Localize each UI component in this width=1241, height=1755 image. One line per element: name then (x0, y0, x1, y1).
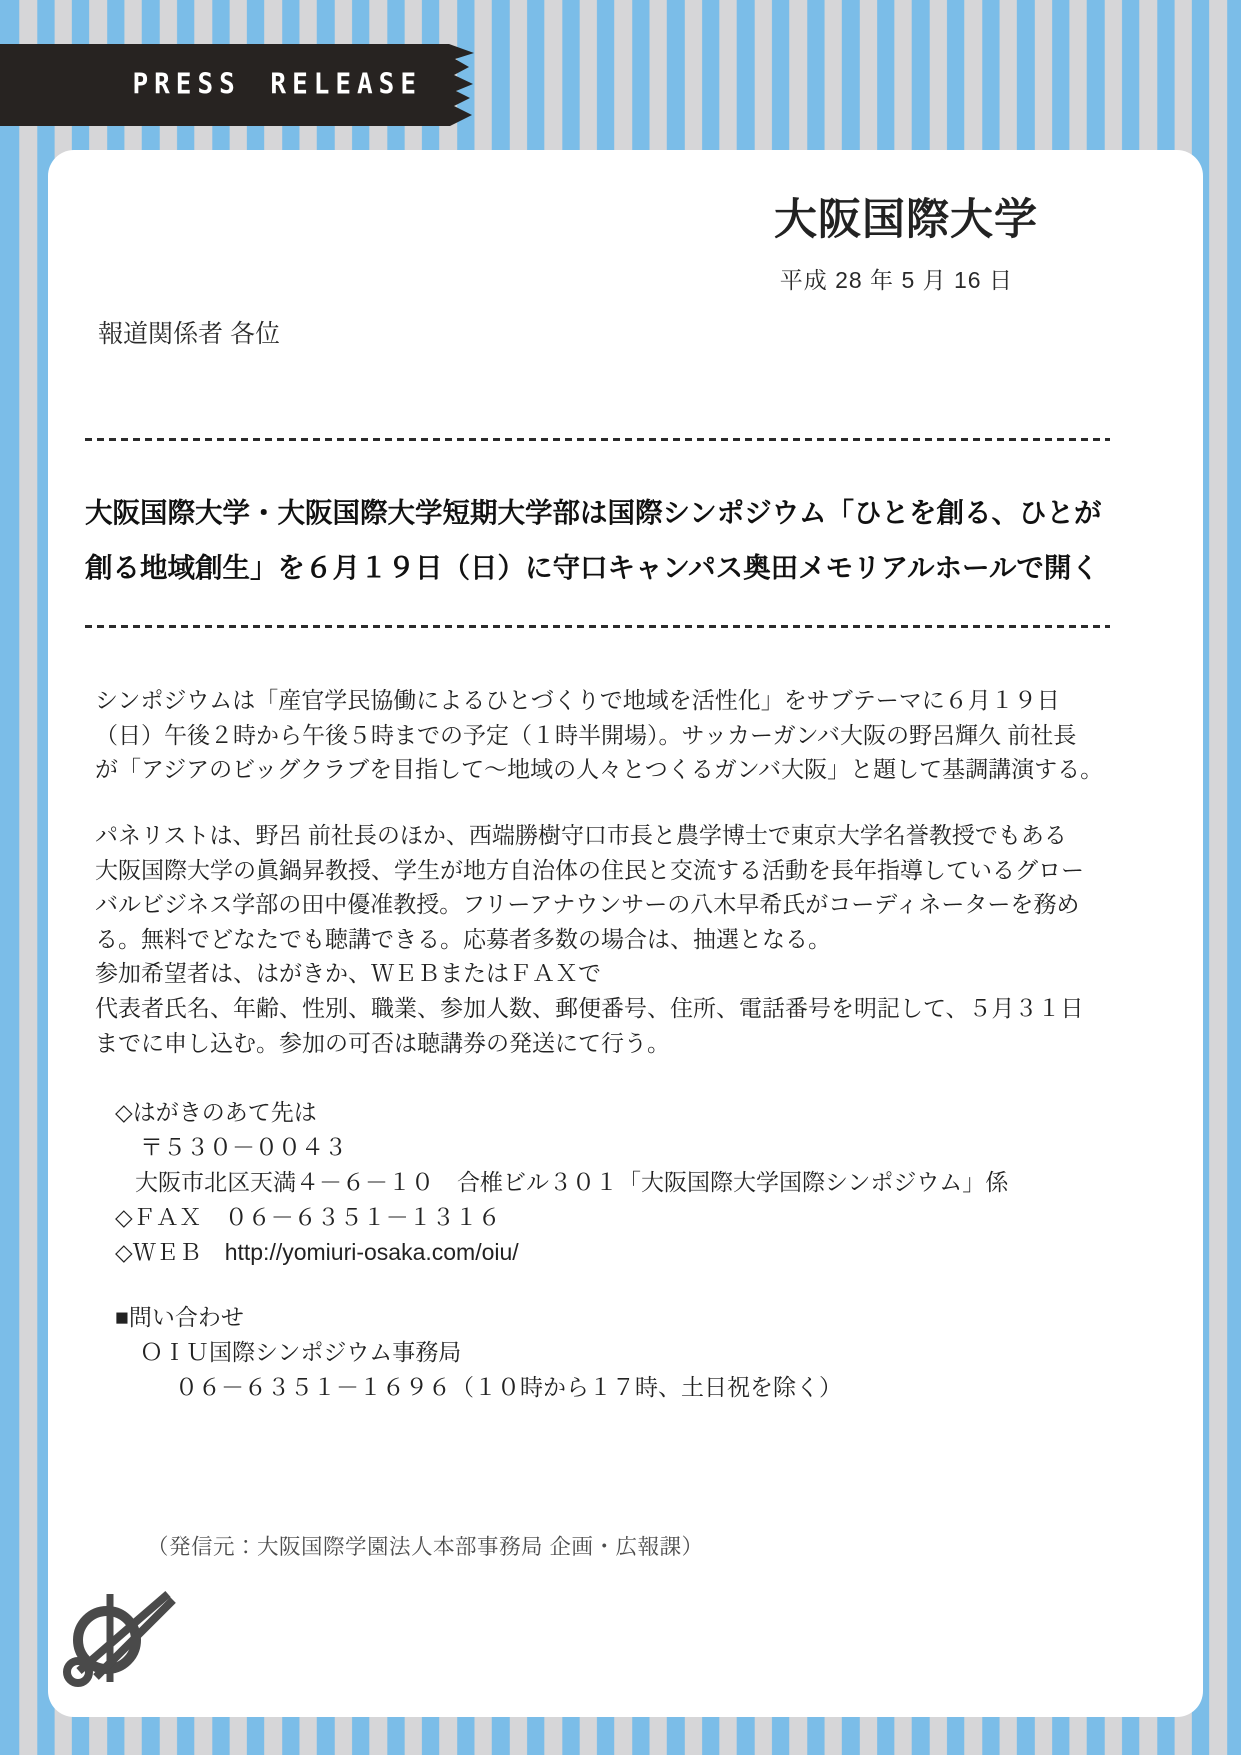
contact-phone: ０６－６３５１－１６９６（１０時から１７時、土日祝を除く） (48, 1370, 842, 1405)
paragraph-line: バルビジネス学部の田中優准教授。フリーアナウンサーの八木早希氏がコーディネーター… (95, 887, 1084, 922)
paragraph-line: 大阪国際大学の眞鍋昇教授、学生が地方自治体の住民と交流する活動を長年指導している… (95, 853, 1084, 888)
web-line: ◇ＷＥＢ http://yomiuri-osaka.com/oiu/ (48, 1235, 1008, 1270)
paragraph-line: 代表者氏名、年齢、性別、職業、参加人数、郵便番号、住所、電話番号を明記して、５月… (95, 991, 1084, 1026)
oiu-logo-icon (60, 1588, 190, 1693)
paragraph-line: （日）午後２時から午後５時までの予定（１時半開場）。サッカーガンバ大阪の野呂輝久… (95, 718, 1103, 753)
contact-office: ＯＩＵ国際シンポジウム事務局 (48, 1335, 842, 1370)
postcard-heading: ◇はがきのあて先は (48, 1095, 1008, 1130)
paragraph-2: パネリストは、野呂 前社長のほか、西端勝樹守口市長と農学博士で東京大学名誉教授で… (95, 818, 1084, 1060)
paragraph-line: シンポジウムは「産官学民協働によるひとづくりで地域を活性化」をサブテーマに６月１… (95, 683, 1103, 718)
recipient-line: 報道関係者 各位 (98, 314, 280, 350)
headline-line-2: 創る地域創生」を６月１９日（日）に守口キャンパス奥田メモリアルホールで開く (85, 540, 1102, 595)
university-name: 大阪国際大学 (774, 186, 1038, 247)
source-line: （発信元：大阪国際学園法人本部事務局 企画・広報課） (147, 1530, 703, 1561)
postal-address: 大阪市北区天満４－６－１０ 合椎ビル３０１「大阪国際大学国際シンポジウム」係 (48, 1165, 1008, 1200)
headline-line-1: 大阪国際大学・大阪国際大学短期大学部は国際シンポジウム「ひとを創る、ひとが (85, 485, 1102, 540)
contact-heading: ■問い合わせ (48, 1300, 842, 1335)
paragraph-line: る。無料でどなたでも聴講できる。応募者多数の場合は、抽選となる。 (95, 922, 1084, 957)
contact-info: ■問い合わせ ＯＩＵ国際シンポジウム事務局 ０６－６３５１－１６９６（１０時から… (48, 1300, 842, 1405)
document-card: 大阪国際大学 平成 28 年 5 月 16 日 報道関係者 各位 大阪国際大学・… (48, 150, 1203, 1717)
application-info: ◇はがきのあて先は 〒５３０－００４３ 大阪市北区天満４－６－１０ 合椎ビル３０… (48, 1095, 1008, 1270)
headline: 大阪国際大学・大阪国際大学短期大学部は国際シンポジウム「ひとを創る、ひとが 創る… (85, 485, 1102, 595)
paragraph-line: パネリストは、野呂 前社長のほか、西端勝樹守口市長と農学博士で東京大学名誉教授で… (95, 818, 1084, 853)
paragraph-line: が「アジアのビッグクラブを目指して～地域の人々とつくるガンバ大阪」と題して基調講… (95, 752, 1103, 787)
issue-date: 平成 28 年 5 月 16 日 (780, 262, 1013, 295)
paragraph-1: シンポジウムは「産官学民協働によるひとづくりで地域を活性化」をサブテーマに６月１… (95, 683, 1103, 787)
paragraph-line: までに申し込む。参加の可否は聴講券の発送にて行う。 (95, 1026, 1084, 1061)
dashed-separator-top (85, 438, 1110, 441)
press-release-banner: PRESS RELEASE (0, 44, 474, 126)
press-release-label: PRESS RELEASE (133, 69, 423, 101)
paragraph-line: 参加希望者は、はがきか、ＷＥＢまたはＦＡＸで (95, 956, 1084, 991)
fax-line: ◇ＦＡＸ ０６－６３５１－１３１６ (48, 1200, 1008, 1235)
postal-code: 〒５３０－００４３ (48, 1130, 1008, 1165)
dashed-separator-bottom (85, 625, 1110, 628)
